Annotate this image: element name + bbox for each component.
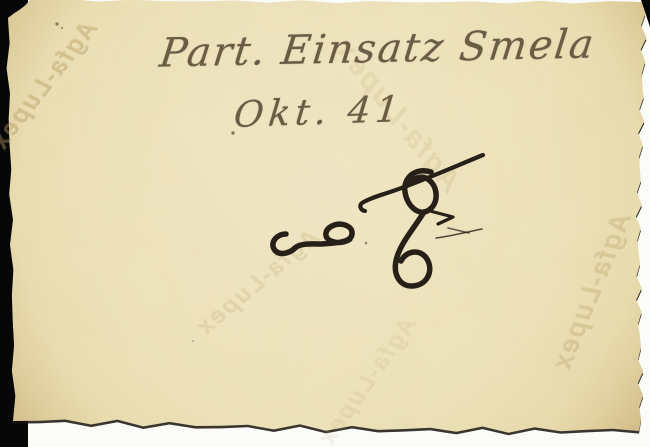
scribble-mark-left (273, 224, 352, 253)
scribble-mark-eight-upper (405, 171, 436, 212)
paper-specks (55, 22, 367, 342)
scribble-hairline (436, 229, 482, 238)
scanned-photo-back: Agfa-Lupex Agfa-Lupex Agfa-Lupex Agfa-Lu… (0, 0, 650, 447)
scribble-check-mark (430, 211, 453, 224)
scribble-mark-eight-lower (395, 212, 429, 286)
scribble-cross-stroke (360, 155, 483, 211)
crossed-out-scribble (0, 0, 650, 447)
scribble-hairline (448, 228, 469, 233)
